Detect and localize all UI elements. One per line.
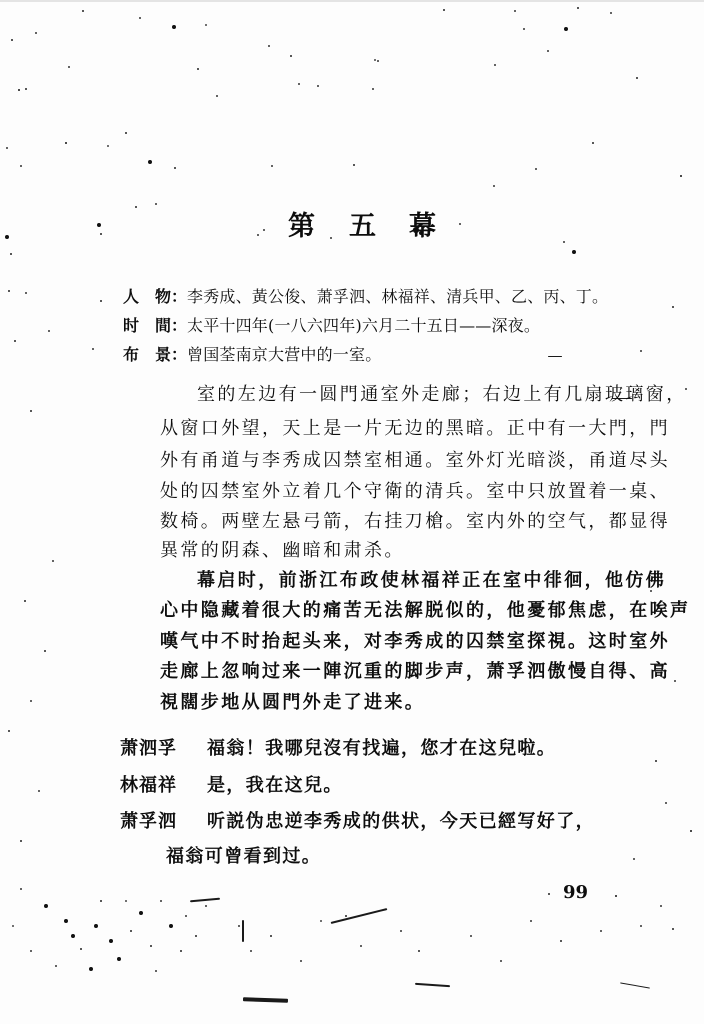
scan-scratch [242,920,244,942]
cast-colon: ： [171,345,187,365]
stage-direction-line: 数椅。两壁左悬弓箭，右挂刀槍。室内外的空气，都显得 [160,511,670,533]
speaker-name: 萧泗孚 [120,738,177,760]
cast-colon: ： [171,316,187,336]
cast-row-characters: 人 物：李秀成、黃公俊、萧孚泗、林福祥、清兵甲、乙、丙、丁。 [123,287,608,307]
scan-scratch [548,356,562,357]
cast-text: 曾国荃南京大营中的一室。 [187,345,381,364]
scan-scratch [415,983,450,987]
scan-scratch [620,982,650,988]
cast-row-setting: 布 景：曾国荃南京大营中的一室。 [123,345,381,365]
speech-line: 是，我在这兒。 [207,775,343,797]
speech-line: 福翁可曾看到过。 [166,846,321,868]
cast-label: 时 間 [123,316,171,336]
cast-row-time: 时 間：太平十四年(一八六四年)六月二十五日——深夜。 [123,316,540,336]
stage-direction-line: 室的左边有一圆門通室外走廊；右边上有几扇玻璃窗， [197,384,687,406]
cast-colon: ： [171,287,187,307]
cast-text: 李秀成、黃公俊、萧孚泗、林福祥、清兵甲、乙、丙、丁。 [187,287,608,306]
cast-label: 人 物 [123,287,171,307]
stage-direction-line: 走廊上忽响过来一陣沉重的脚步声，萧孚泗傲慢自得、高 [160,661,670,683]
stage-direction-line: 处的囚禁室外立着几个守衛的清兵。室中只放置着一桌、 [160,481,670,503]
act-title-char: 第 [288,210,315,244]
stage-direction-line: 視闊步地从圆門外走了进来。 [160,692,425,714]
stage-direction-line: 幕启时，前浙江布政使林福祥正在室中徘徊，他仿佛 [197,570,666,592]
scan-scratch [190,898,220,903]
stage-direction-line: 心中隐藏着很大的痛苦无法解脱似的，他憂郁焦虑，在唉声 [160,600,690,622]
speech-line: 福翁！我哪兒沒有找遍，您才在这兒啦。 [207,738,556,760]
scanned-page: 第 五 幕 人 物：李秀成、黃公俊、萧孚泗、林福祥、清兵甲、乙、丙、丁。 时 間… [0,0,704,1024]
speech-line: 听説伪忠逆李秀成的供状，今天已經写好了， [207,811,595,833]
act-title-char: 幕 [409,210,436,244]
cast-label: 布 景 [123,345,171,365]
cast-text: 太平十四年(一八六四年)六月二十五日——深夜。 [187,316,540,335]
scan-scratch [331,908,388,924]
stage-direction-line: 从窗口外望，天上是一片无边的黑暗。正中有一大門，門 [160,418,670,440]
speaker-name: 萧孚泗 [120,811,177,833]
stage-direction-line: 嘆气中不时抬起头来，对李秀成的囚禁室探視。这时室外 [160,631,670,653]
scan-scratch [243,997,288,1003]
stage-direction-line: 異常的阴森、幽暗和肃杀。 [160,540,405,562]
stage-direction-line: 外有甬道与李秀成囚禁室相通。室外灯光暗淡，甬道尽头 [160,450,670,472]
act-title-char: 五 [349,210,376,244]
speaker-name: 林福祥 [120,775,177,797]
page-number: 99 [563,882,588,904]
scan-noise-bottom [0,0,2,2]
